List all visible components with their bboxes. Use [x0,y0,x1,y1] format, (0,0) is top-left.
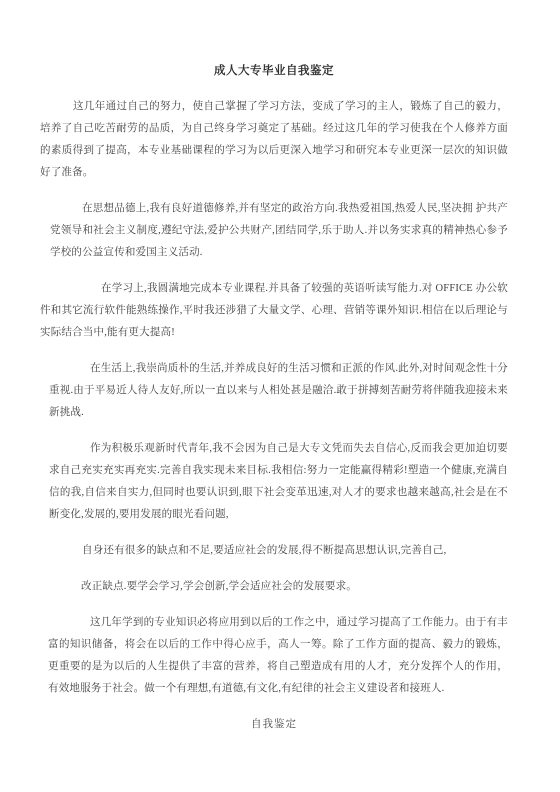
paragraph-study-effort: 这几年通过自己的努力，使自己掌握了学习方法，变成了学习的主人，锻炼了自己的毅力，… [40,96,508,184]
paragraph-self-confidence: 作为积极乐观新时代青年,我不会因为自己是大专文凭而失去自信心,反而我会更加迫切要… [49,438,508,526]
document-title-text: 成人大专毕业自我鉴定 [214,65,334,77]
paragraph-lifestyle: 在生活上,我崇尚质朴的生活,并养成良好的生活习惯和正派的作风.此外,对时间观念性… [49,358,508,424]
paragraph-academics: 在学习上,我圆满地完成本专业课程.并具备了较强的英语听读写能力.对 OFFICE… [40,278,508,344]
paragraph-moral-character: 在思想品德上,我有良好道德修养,并有坚定的政治方向.我热爱祖国,热爱人民,坚决拥… [50,198,508,264]
document-page: 成人大专毕业自我鉴定 这几年通过自己的努力，使自己掌握了学习方法，变成了学习的主… [0,0,560,792]
paragraph-future-work: 这几年学到的专业知识必将应用到以后的工作之中，通过学习提高了工作能力。由于有丰富… [48,612,508,700]
paragraph-shortcomings: 自身还有很多的缺点和不足,要适应社会的发展,得不断提高思想认识,完善自己, [40,540,508,562]
signature-line: 自我鉴定 [40,714,508,736]
document-title: 成人大专毕业自我鉴定 [40,60,508,82]
paragraph-correcting-flaws: 改正缺点.要学会学习,学会创新,学会适应社会的发展要求。 [40,576,508,598]
